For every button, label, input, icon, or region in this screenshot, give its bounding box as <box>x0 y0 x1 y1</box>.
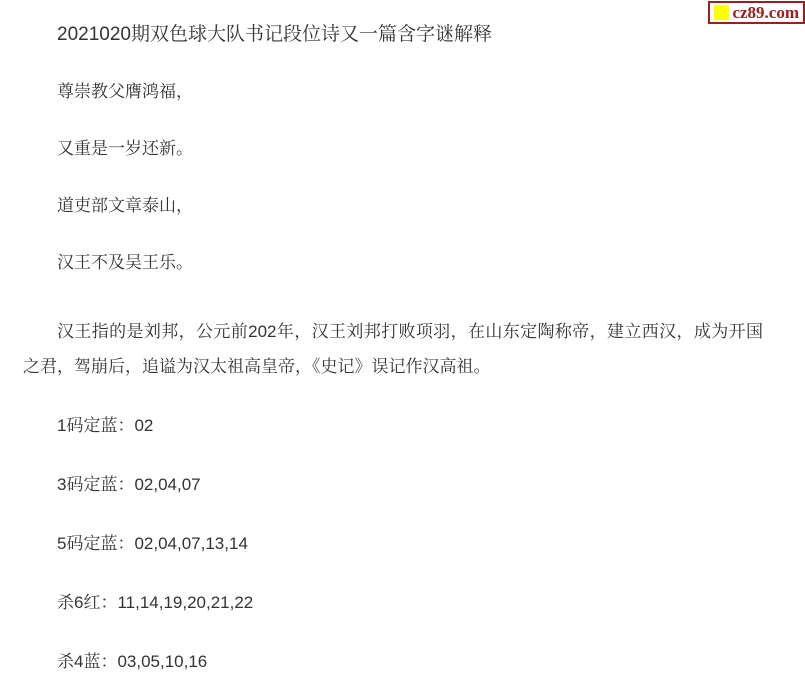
prediction-line-4: 杀6红：11,14,19,20,21,22 <box>23 585 763 620</box>
logo-text: cz89.com <box>732 4 799 21</box>
poem-line-3: 道吏部文章泰山， <box>23 188 763 223</box>
prediction-line-2: 3码定蓝：02,04,07 <box>23 467 763 502</box>
cz89-logo[interactable]: cz89.com <box>708 1 805 24</box>
article-title: 2021020期双色球大队书记段位诗又一篇含字谜解释 <box>23 17 763 52</box>
article-content: 2021020期双色球大队书记段位诗又一篇含字谜解释 尊崇教父膺鸿福， 又重是一… <box>0 0 805 679</box>
poem-line-1: 尊崇教父膺鸿福， <box>23 74 763 109</box>
explanation-paragraph: 汉王指的是刘邦，公元前202年，汉王刘邦打败项羽，在山东定陶称帝，建立西汉，成为… <box>23 314 763 384</box>
poem-line-4: 汉王不及吴王乐。 <box>23 245 763 280</box>
poem-line-2: 又重是一岁还新。 <box>23 131 763 166</box>
yellow-square-icon <box>714 5 729 20</box>
prediction-line-1: 1码定蓝：02 <box>23 408 763 443</box>
prediction-line-3: 5码定蓝：02,04,07,13,14 <box>23 526 763 561</box>
prediction-line-5: 杀4蓝：03,05,10,16 <box>23 644 763 679</box>
